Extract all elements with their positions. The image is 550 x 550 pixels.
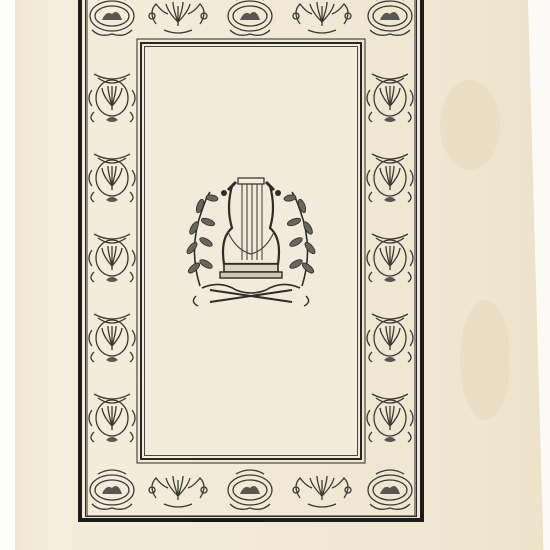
lyre-emblem-icon [180, 168, 322, 310]
